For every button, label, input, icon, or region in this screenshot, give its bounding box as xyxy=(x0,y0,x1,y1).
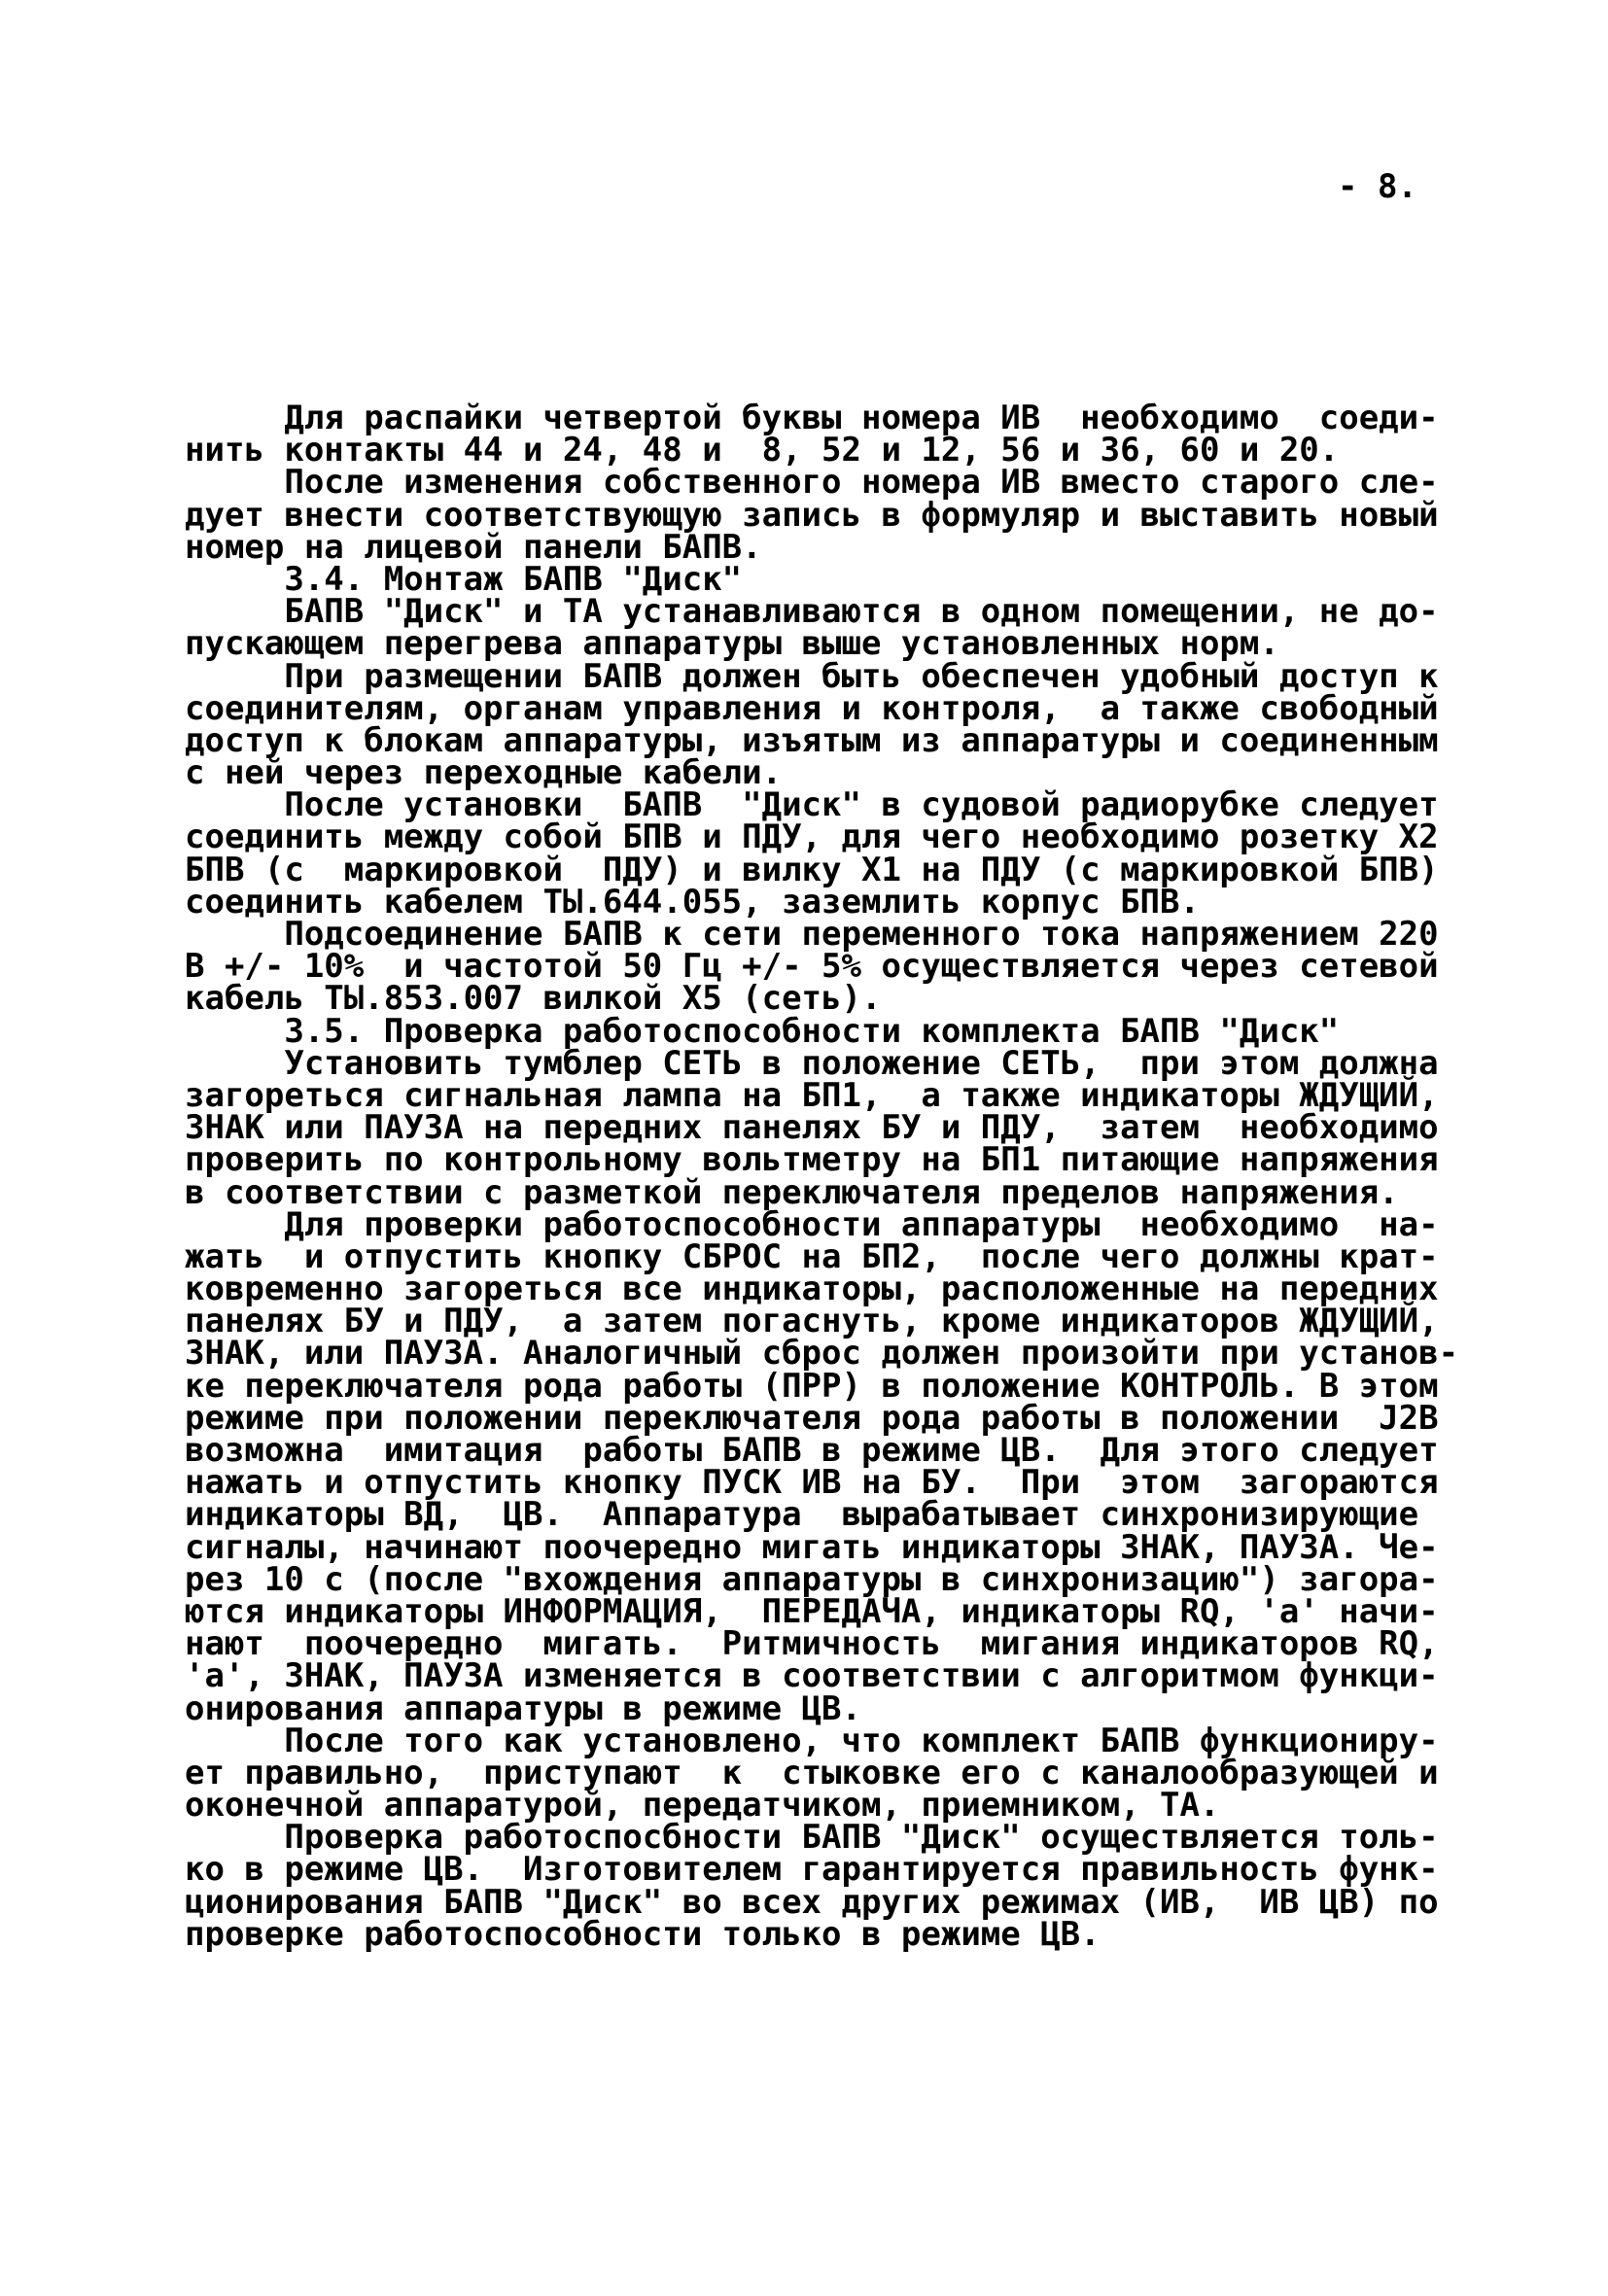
text-line: Установить тумблер СЕТЬ в положение СЕТЬ… xyxy=(185,1048,1458,1080)
text-line: в соответствии с разметкой переключателя… xyxy=(185,1177,1458,1209)
text-line: БПВ (с маркировкой ПДУ) и вилку Х1 на ПД… xyxy=(185,854,1458,887)
text-line: дует внести соответствующую запись в фор… xyxy=(185,500,1458,532)
text-line: Для проверки работоспособности аппаратур… xyxy=(185,1209,1458,1241)
text-line: При размещении БАПВ должен быть обеспече… xyxy=(185,661,1458,693)
text-line: проверке работоспособности только в режи… xyxy=(185,1919,1458,1951)
text-line: 'а', ЗНАК, ПАУЗА изменяется в соответств… xyxy=(185,1660,1458,1692)
text-line: соединителям, органам управления и контр… xyxy=(185,693,1458,725)
text-line: После того как установлено, что комплект… xyxy=(185,1725,1458,1757)
text-line: ке переключателя рода работы (ПРР) в пол… xyxy=(185,1371,1458,1403)
text-line: соединить между собой БПВ и ПДУ, для чег… xyxy=(185,821,1458,853)
text-line: ционирования БАПВ "Диск" во всех других … xyxy=(185,1887,1458,1919)
document-page: - 8. Для распайки четвертой буквы номера… xyxy=(0,0,1608,2296)
text-line: сигналы, начинают поочередно мигать инди… xyxy=(185,1532,1458,1564)
text-line: проверить по контрольному вольтметру на … xyxy=(185,1144,1458,1176)
text-line: онирования аппаратуры в режиме ЦВ. xyxy=(185,1693,1458,1725)
text-line: ко в режиме ЦВ. Изготовителем гарантируе… xyxy=(185,1854,1458,1886)
text-line: 3.5. Проверка работоспособности комплект… xyxy=(185,1016,1458,1048)
text-line: кабель ТЫ.853.007 вилкой Х5 (сеть). xyxy=(185,983,1458,1015)
page-number: - 8. xyxy=(1338,167,1417,206)
text-line: номер на лицевой панели БАПВ. xyxy=(185,532,1458,564)
text-line: После изменения собственного номера ИВ в… xyxy=(185,467,1458,499)
text-line: пускающем перегрева аппаратуры выше уста… xyxy=(185,628,1458,660)
text-line: рез 10 с (после "вхождения аппаратуры в … xyxy=(185,1564,1458,1596)
text-line: ЗНАК, или ПАУЗА. Аналогичный сброс долже… xyxy=(185,1338,1458,1370)
text-line: индикаторы ВД, ЦВ. Аппаратура вырабатыва… xyxy=(185,1499,1458,1531)
document-body: Для распайки четвертой буквы номера ИВ н… xyxy=(185,402,1458,1951)
